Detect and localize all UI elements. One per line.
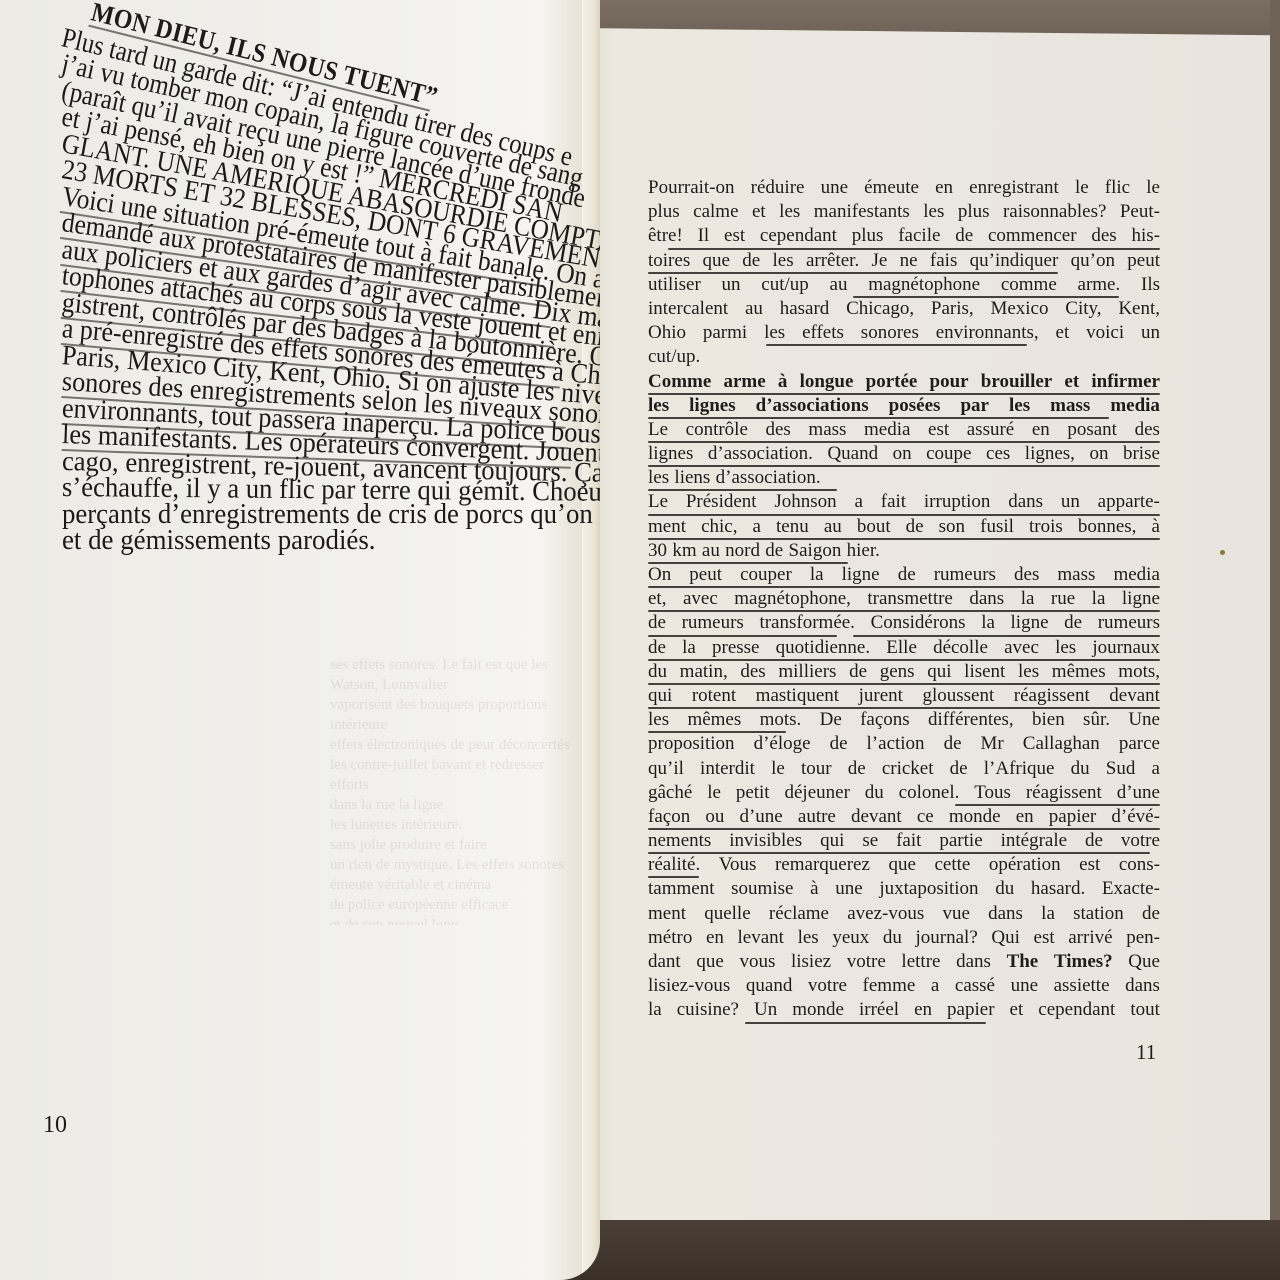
text-line: et,avecmagnétophone,transmettredanslarue… bbox=[648, 587, 1160, 611]
left-page: ses effets sonores. Le fait est que les … bbox=[0, 0, 600, 1280]
text-line: Onpeutcouperlalignederumeursdesmassmedia bbox=[648, 563, 1160, 587]
text-line: qu’ilinterditletourdecricketdel’Afriqued… bbox=[648, 757, 1160, 781]
text-line: réalité.Vousremarquerezquecetteopération… bbox=[648, 853, 1160, 877]
text-line: gâchélepetitdéjeunerducolonel.Tousréagis… bbox=[648, 781, 1160, 805]
text-line: lesmêmesmots.Defaçonsdifférentes,biensûr… bbox=[648, 708, 1160, 732]
text-line: toiresquedelesarrêter.Jenefaisqu’indique… bbox=[648, 249, 1160, 273]
text-line: intercalentauhasardChicago,Paris,MexicoC… bbox=[648, 297, 1160, 321]
text-line: LePrésidentJohnsonafaitirruptiondansunap… bbox=[648, 490, 1160, 514]
text-line: leslignesd’associationsposéesparlesmassm… bbox=[648, 394, 1160, 418]
text-line: mentchic,atenuauboutdesonfusiltroisbonne… bbox=[648, 515, 1160, 539]
text-line: Ohioparmileseffetssonoresenvironnants,et… bbox=[648, 321, 1160, 345]
text-line: 30kmaunorddeSaigonhier. bbox=[648, 539, 1160, 563]
text-line: lesliensd’association. bbox=[648, 466, 1160, 490]
text-line: mentquelleréclameavez-vousvuedanslastati… bbox=[648, 902, 1160, 926]
text-line: et de gémissements parodiés. bbox=[62, 528, 600, 555]
text-line: tammentsoumiseàunejuxtapositionduhasard.… bbox=[648, 877, 1160, 901]
paper-spot bbox=[1220, 550, 1225, 555]
page-number-right: 11 bbox=[1136, 1040, 1156, 1065]
background-surface-bottom bbox=[560, 1220, 1280, 1280]
text-line: delapressequotidienne.Elledécolleavecles… bbox=[648, 636, 1160, 660]
page-number-left: 10 bbox=[43, 1112, 67, 1139]
left-page-body: MON DIEU, ILS NOUS TUENT”Plus tard un ga… bbox=[62, 0, 600, 555]
text-line: Commearmeàlongueportéepourbrouilleretinf… bbox=[648, 370, 1160, 394]
text-line: nementsinvisiblesquisefaitpartieintégral… bbox=[648, 829, 1160, 853]
text-line: utiliseruncut/upaumagnétophonecommearme.… bbox=[648, 273, 1160, 297]
text-line: pluscalmeetlesmanifestantslesplusraisonn… bbox=[648, 200, 1160, 224]
show-through-text: ses effets sonores. Le fait est que les … bbox=[330, 655, 580, 925]
right-page-body: Pourrait-onréduireuneémeuteenenregistran… bbox=[648, 176, 1160, 1023]
background-surface-right bbox=[1270, 0, 1280, 1280]
text-line: dantquevouslisiezvotrelettredansTheTimes… bbox=[648, 950, 1160, 974]
text-line: cut/up. bbox=[648, 345, 1160, 369]
text-line: Lecontrôledesmassmediaestassuréenposantd… bbox=[648, 418, 1160, 442]
text-line: Pourrait-onréduireuneémeuteenenregistran… bbox=[648, 176, 1160, 200]
pencil-underline bbox=[745, 1022, 986, 1024]
text-line: propositiond’élogedel’actiondeMrCallagha… bbox=[648, 732, 1160, 756]
text-line: lisiez-vousquandvotrefemmeacasséuneassie… bbox=[648, 974, 1160, 998]
text-line: quirotentmastiquentjurentgloussentréagis… bbox=[648, 684, 1160, 708]
text-line: dumatin,desmilliersdegensquilisentlesmêm… bbox=[648, 660, 1160, 684]
text-line: être!Ilestcependantplusfaciledecommencer… bbox=[648, 224, 1160, 248]
text-line: lignesd’association.Quandoncoupecesligne… bbox=[648, 442, 1160, 466]
text-line: façonoud’uneautredevantcemondeenpapierd’… bbox=[648, 805, 1160, 829]
text-line: métroenlevantlesyeuxdujournal?Quiestarri… bbox=[648, 926, 1160, 950]
text-line: lacuisine?Unmondeirréelenpapieretcependa… bbox=[648, 998, 1160, 1022]
text-line: derumeurstransformée.Considéronslaligned… bbox=[648, 611, 1160, 635]
